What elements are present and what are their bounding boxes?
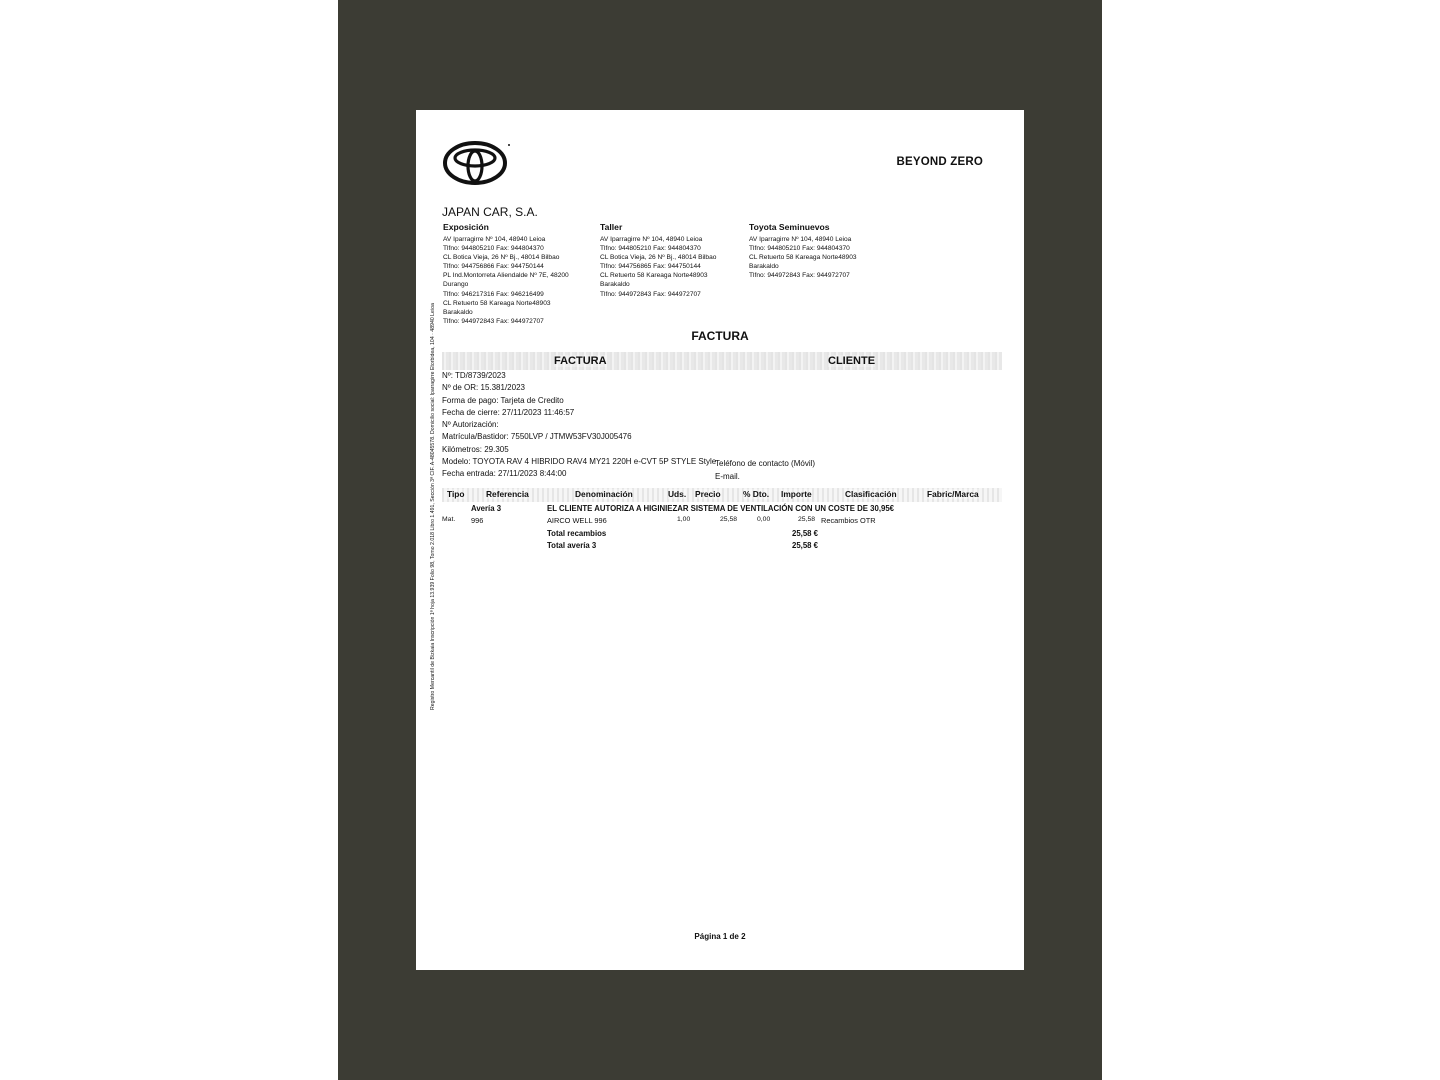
address-line: PL Ind.Montorreta Aliendalde Nº 7E, 4820… xyxy=(443,271,569,280)
logo-mark-dot xyxy=(508,144,510,146)
page-number: Página 1 de 2 xyxy=(416,932,1024,941)
col-precio: Precio xyxy=(695,489,721,499)
address-line: Barakaldo xyxy=(443,308,569,317)
row-uds: 1,00 xyxy=(677,516,690,523)
col-marca: Fabric/Marca xyxy=(927,489,979,499)
address-line: AV Iparragirre Nº 104, 48940 Leioa xyxy=(600,235,716,244)
address-line: Durango xyxy=(443,280,569,289)
row-clasificacion: Recambios OTR xyxy=(821,516,876,525)
address-line: CL Botica Vieja, 26 Nº Bj., 48014 Bilbao xyxy=(443,253,569,262)
location-title: Exposición xyxy=(443,222,569,233)
row-precio: 25,58 xyxy=(720,516,737,523)
invoice-page: BEYOND ZERO JAPAN CAR, S.A. Exposición A… xyxy=(416,110,1024,970)
location-exposicion: Exposición AV Iparragirre Nº 104, 48940 … xyxy=(443,222,569,326)
order-number: Nº de OR: 15.381/2023 xyxy=(442,382,716,394)
col-uds: Uds. xyxy=(668,489,686,499)
invoice-info: Nº: TD/8739/2023 Nº de OR: 15.381/2023 F… xyxy=(442,370,716,481)
table-header: Tipo Referencia Denominación Uds. Precio… xyxy=(442,488,1002,502)
row-referencia: 996 xyxy=(471,516,483,525)
slogan: BEYOND ZERO xyxy=(896,156,983,168)
band-cliente-label: CLIENTE xyxy=(828,355,875,367)
authorization-number: Nº Autorización: xyxy=(442,419,716,431)
address-line: CL Retuerto 58 Kareaga Norte48903 xyxy=(749,253,857,262)
payment-method: Forma de pago: Tarjeta de Credito xyxy=(442,395,716,407)
client-contact: Teléfono de contacto (Móvil) E-mail. xyxy=(715,458,815,483)
group-description: EL CLIENTE AUTORIZA A HIGINIEZAR SISTEMA… xyxy=(547,504,894,513)
row-tipo: Mat. xyxy=(442,516,455,523)
total-averia-label: Total avería 3 xyxy=(547,541,596,550)
col-denominacion: Denominación xyxy=(575,489,633,499)
address-line: CL Retuerto 58 Kareaga Norte48903 xyxy=(600,271,716,280)
address-line: Tlfno: 944756866 Fax: 944750144 xyxy=(443,262,569,271)
header-band xyxy=(442,352,1002,370)
toyota-logo-icon xyxy=(442,140,508,186)
location-taller: Taller AV Iparragirre Nº 104, 48940 Leio… xyxy=(600,222,716,299)
address-line: Tlfno: 946217316 Fax: 946216499 xyxy=(443,290,569,299)
col-tipo: Tipo xyxy=(447,489,465,499)
address-line: Tlfno: 944972843 Fax: 944972707 xyxy=(443,317,569,326)
col-importe: Importe xyxy=(781,489,812,499)
row-dto: 0,00 xyxy=(757,516,770,523)
col-referencia: Referencia xyxy=(486,489,529,499)
group-reference: Avería 3 xyxy=(471,504,501,513)
location-title: Taller xyxy=(600,222,716,233)
total-averia-value: 25,58 € xyxy=(792,541,818,550)
address-line: Barakaldo xyxy=(749,262,857,271)
vehicle-model: Modelo: TOYOTA RAV 4 HIBRIDO RAV4 MY21 2… xyxy=(442,456,716,468)
invoice-number: Nº: TD/8739/2023 xyxy=(442,370,716,382)
email-label: E-mail. xyxy=(715,471,815,484)
phone-label: Teléfono de contacto (Móvil) xyxy=(715,458,815,471)
location-seminuevos: Toyota Seminuevos AV Iparragirre Nº 104,… xyxy=(749,222,857,280)
total-recambios-value: 25,58 € xyxy=(792,529,818,538)
address-line: CL Botica Vieja, 26 Nº Bj., 48014 Bilbao xyxy=(600,253,716,262)
address-line: Tlfno: 944805210 Fax: 944804370 xyxy=(749,244,857,253)
address-line: AV Iparragirre Nº 104, 48940 Leioa xyxy=(443,235,569,244)
address-line: Tlfno: 944756865 Fax: 944750144 xyxy=(600,262,716,271)
address-line: Tlfno: 944805210 Fax: 944804370 xyxy=(600,244,716,253)
document-title: FACTURA xyxy=(416,329,1024,343)
address-line: AV Iparragirre Nº 104, 48940 Leioa xyxy=(749,235,857,244)
row-denominacion: AIRCO WELL 996 xyxy=(547,516,607,525)
band-factura-label: FACTURA xyxy=(554,355,607,367)
total-recambios-label: Total recambios xyxy=(547,529,606,538)
address-line: Tlfno: 944972843 Fax: 944972707 xyxy=(600,290,716,299)
address-line: CL Retuerto 58 Kareaga Norte48903 xyxy=(443,299,569,308)
location-title: Toyota Seminuevos xyxy=(749,222,857,233)
address-line: Barakaldo xyxy=(600,280,716,289)
address-line: Tlfno: 944805210 Fax: 944804370 xyxy=(443,244,569,253)
kilometers: Kilómetros: 29.305 xyxy=(442,444,716,456)
company-name: JAPAN CAR, S.A. xyxy=(442,205,538,219)
entry-date: Fecha entrada: 27/11/2023 8:44:00 xyxy=(442,468,716,480)
address-line: Tlfno: 944972843 Fax: 944972707 xyxy=(749,271,857,280)
col-clasificacion: Clasificación xyxy=(845,489,897,499)
registry-side-text: Registro Mercantil de Bizkaia Inscripció… xyxy=(430,250,436,710)
plate-vin: Matrícula/Bastidor: 7550LVP / JTMW53FV30… xyxy=(442,431,716,443)
row-importe: 25,58 xyxy=(798,516,815,523)
col-dto: % Dto. xyxy=(743,489,769,499)
closing-date: Fecha de cierre: 27/11/2023 11:46:57 xyxy=(442,407,716,419)
